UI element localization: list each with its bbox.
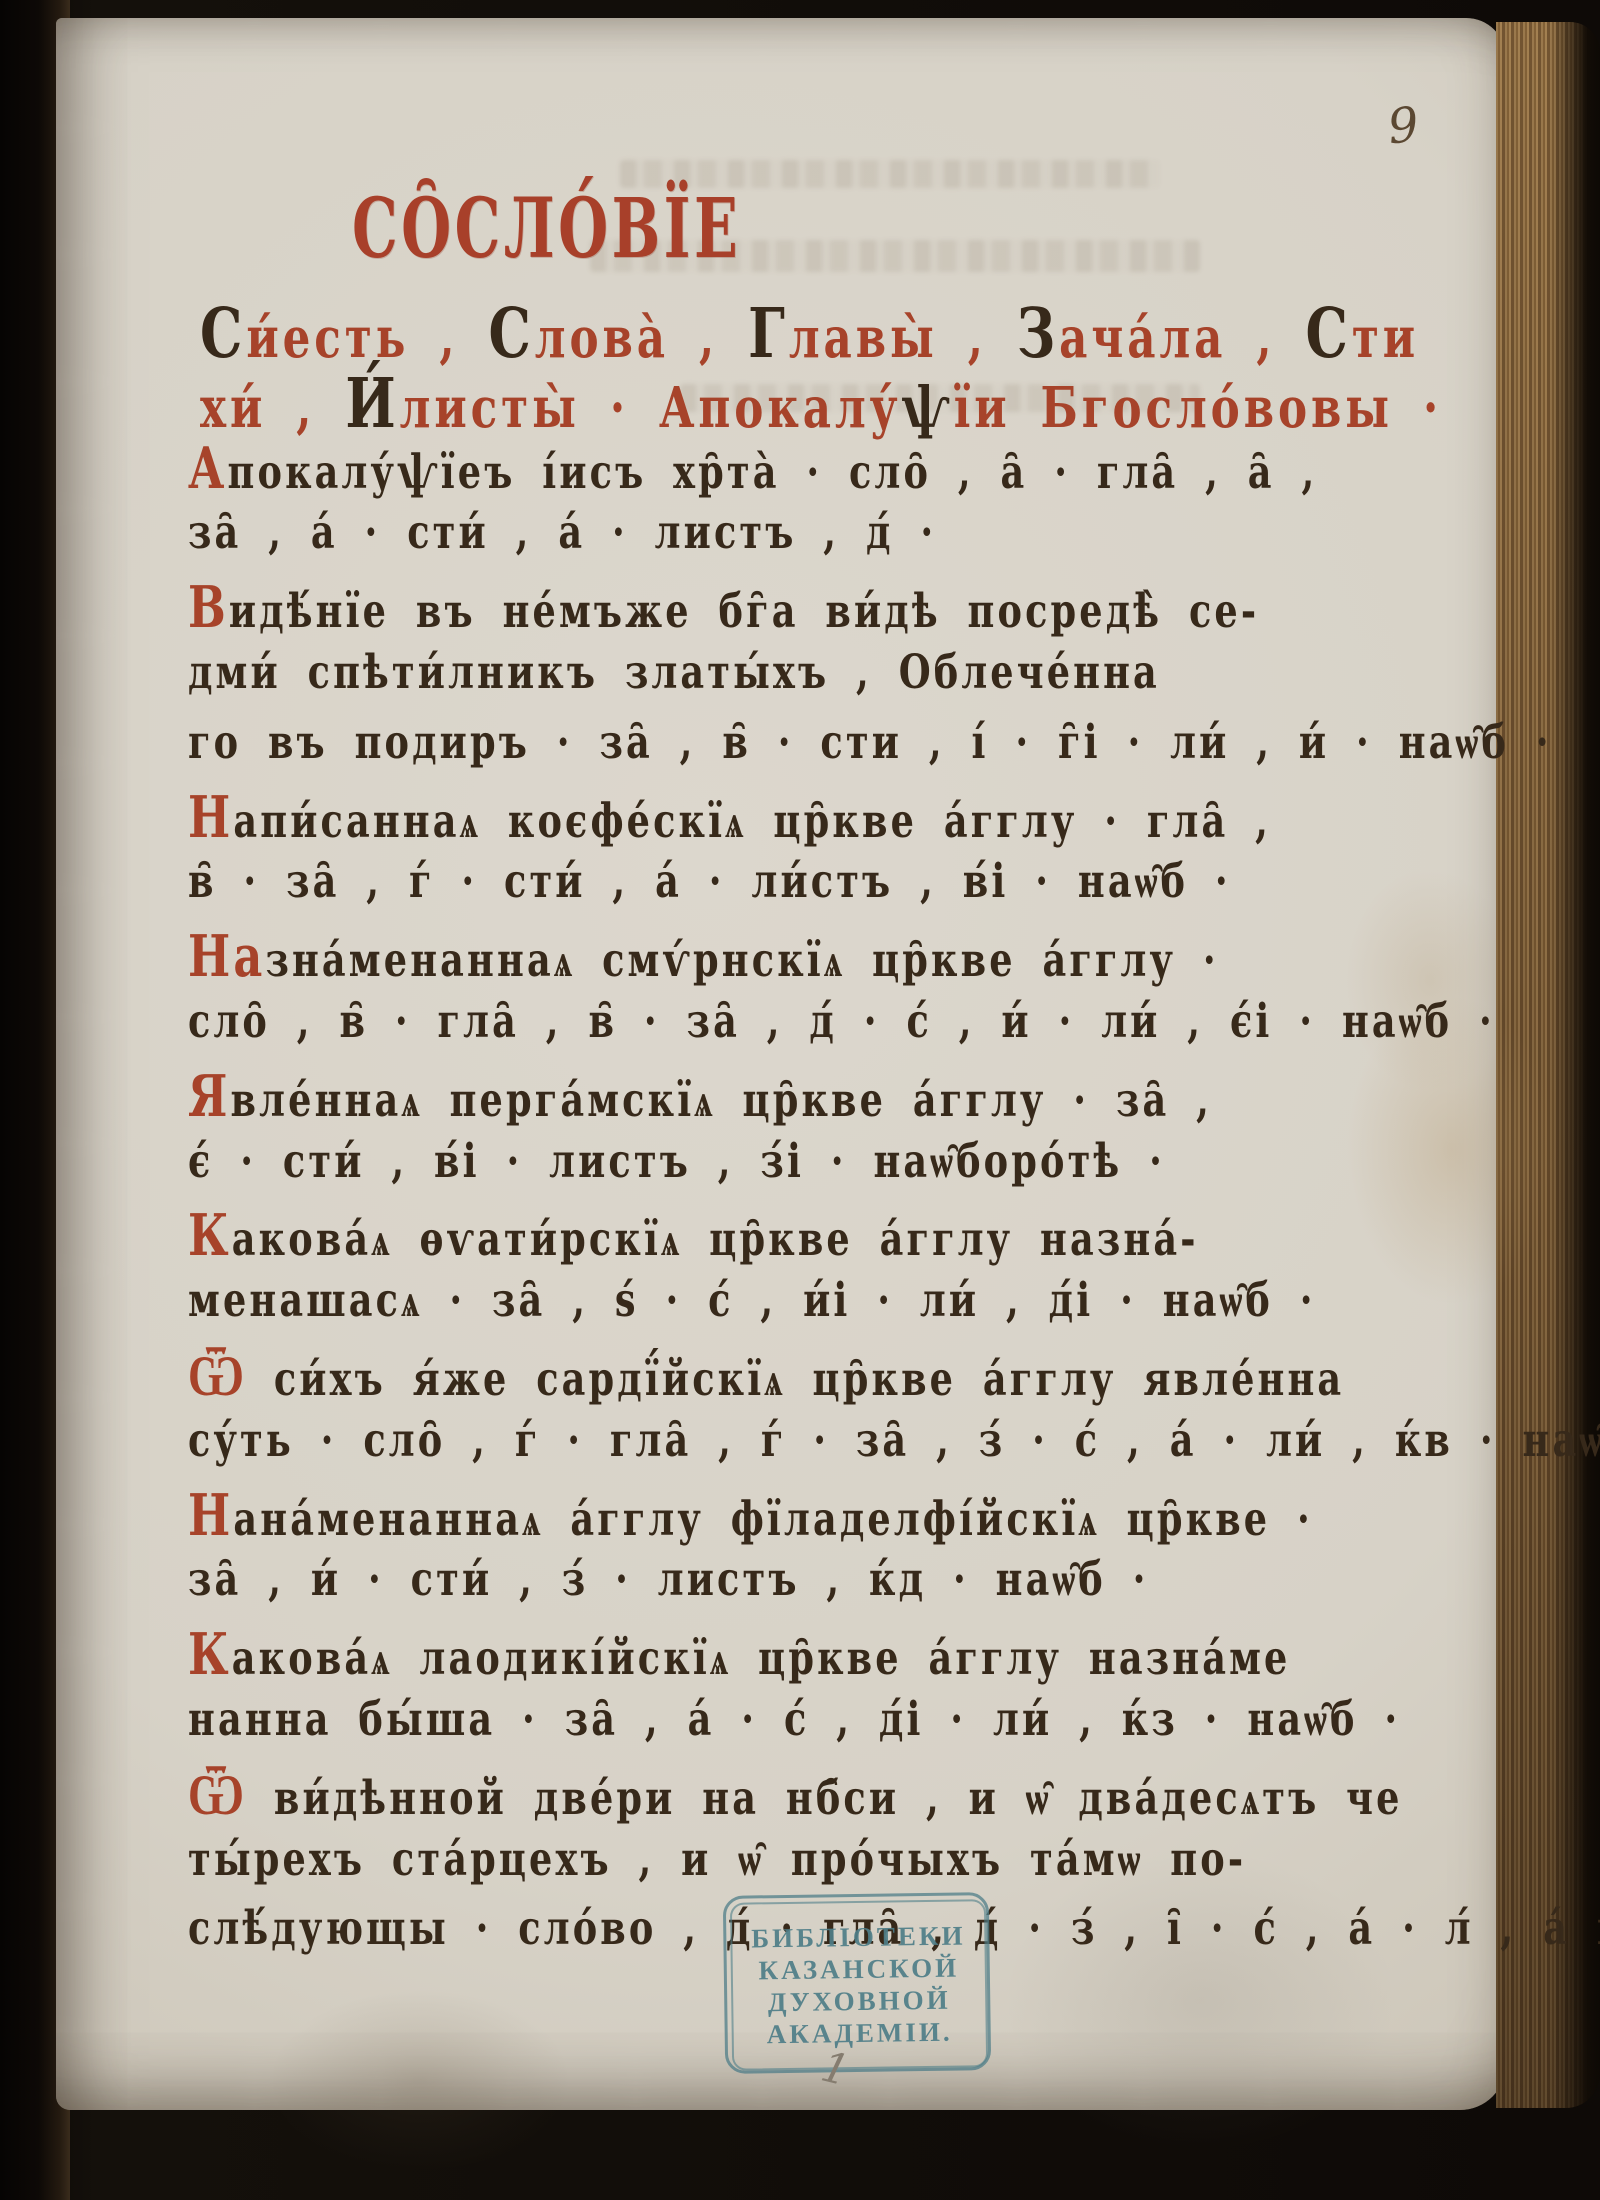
black-ink-text: Г [748, 294, 789, 374]
black-ink-text: апи́саннаѧ коєфе́скїѧ цр̑кве а́гглу · гл… [233, 794, 1271, 849]
manuscript-line: Нана́менаннаѧ а́гглу фїладелфі́йскїѧ цр̑… [188, 1487, 1313, 1544]
red-ink-text: лова̀ , [535, 305, 748, 371]
black-ink-text: ѱ [902, 375, 954, 441]
red-ink-text: їи Бгосло́вовы · [954, 375, 1442, 441]
page-title: СО̑СЛО́ВЇЕ [352, 188, 741, 270]
manuscript-line: за̑ , и́ · сти́ , з́ · листъ , ќд · наѡ̑… [188, 1556, 1149, 1603]
black-ink-text: З [1017, 294, 1059, 374]
black-ink-text: є́ · сти́ , в́і · листъ , з́і · наѡ̑боро… [188, 1134, 1165, 1189]
red-ink-text: Ѿ [188, 1341, 247, 1409]
manuscript-line: Назна́менаннаѧ смѵ́рнскїѧ цр̑кве а́гглу … [188, 928, 1219, 985]
stamp-text-line: КАЗАНСКОЙ [733, 1952, 985, 1987]
black-ink-text: менашасѧ · за̑ , ѕ́ · с́ , и́і · ли́ , д… [188, 1273, 1316, 1328]
black-ink-text: идѣ́нїе въ не́мъже бг̑а ви́дѣ посредѣ̀ с… [229, 584, 1259, 639]
black-ink-text: И́ [345, 364, 399, 444]
red-ink-text: ача́ла , [1059, 305, 1305, 371]
red-ink-text: К [188, 1201, 232, 1269]
black-ink-text: нанна бы́ша · за̑ , а́ · с́ , д́і · ли́ … [188, 1692, 1400, 1747]
photo-of-manuscript-page: 9 СО̑СЛО́ВЇЕ Си́есть , Слова̀ , Главы̀ ,… [0, 0, 1600, 2200]
red-ink-text: В [188, 573, 229, 641]
manuscript-line: є́ · сти́ , в́і · листъ , з́і · наѡ̑боро… [188, 1138, 1165, 1185]
red-ink-text: Ѿ [188, 1760, 247, 1828]
black-ink-text: акова́ѧ ѳѵати́рскїѧ цр̑кве а́гглу назна́… [232, 1212, 1199, 1267]
library-stamp: БИБЛІОТЕКИ КАЗАНСКОЙ ДУХОВНОЙ АКАДЕМІИ. [723, 1892, 991, 2074]
manuscript-line: дми́ спѣти́лникъ златы́хъ , Облече́нна [188, 649, 1160, 696]
red-ink-text: листы̀ · Апокалу́ [400, 375, 902, 441]
black-ink-text: го въ подиръ · за̑ , в̑ · сти , і́ · г̑і… [188, 715, 1552, 770]
black-ink-text: ви́дѣнной две́ри на нб̑си , и ѡ̑ два́дес… [247, 1771, 1403, 1826]
black-ink-text: С [488, 294, 534, 374]
page-fore-edge [1496, 22, 1600, 2108]
manuscript-line: хи́ , И́листы̀ · Апокалу́ѱїи Бгосло́вовы… [200, 370, 1442, 438]
black-ink-text: ты́рехъ ста́рцехъ , и ѡ̑ про́чыхъ та́мѡ … [188, 1832, 1246, 1887]
stamp-text-line: АКАДЕМІИ. [733, 2016, 985, 2051]
stamp-text-line: БИБЛІОТЕКИ [732, 1920, 984, 1955]
folio-number: 9 [1385, 97, 1421, 156]
black-ink-text: си́хъ я́же сардї́йскїѧ цр̑кве а́гглу явл… [247, 1352, 1344, 1407]
black-ink-text: покалу́ѱїеъ і́исъ хр̑та̀ · сло̑ , а̑ · г… [228, 445, 1318, 500]
manuscript-line: Какова́ѧ лаодикі́йскїѧ цр̑кве а́гглу наз… [188, 1626, 1291, 1683]
black-ink-text: сло̑ , в̑ · гла̑ , в̑ · за̑ , д́ · с́ , … [188, 994, 1495, 1049]
red-ink-text: На [188, 922, 265, 990]
red-ink-text: А [188, 434, 228, 502]
black-ink-text: С [200, 294, 246, 374]
manuscript-line: сло̑ , в̑ · гла̑ , в̑ · за̑ , д́ · с́ , … [188, 998, 1495, 1045]
manuscript-line: Напи́саннаѧ коєфе́скїѧ цр̑кве а́гглу · г… [188, 789, 1271, 846]
red-ink-text: и́есть , [246, 305, 488, 371]
red-ink-text: Н [188, 1481, 233, 1549]
black-ink-text: С [1306, 294, 1352, 374]
black-ink-text: дми́ спѣти́лникъ златы́хъ , Облече́нна [188, 645, 1160, 700]
black-ink-text: су́ть · сло̑ , ѓ · гла̑ , ѓ · за̑ , з́ ·… [188, 1413, 1600, 1468]
manuscript-line: нанна бы́ша · за̑ , а́ · с́ , д́і · ли́ … [188, 1696, 1400, 1743]
stamp-border: БИБЛІОТЕКИ КАЗАНСКОЙ ДУХОВНОЙ АКАДЕМІИ. [730, 1899, 988, 2071]
manuscript-line: го въ подиръ · за̑ , в̑ · сти , і́ · г̑і… [188, 719, 1552, 766]
black-ink-text: ана́менаннаѧ а́гглу фїладелфі́йскїѧ цр̑к… [233, 1492, 1313, 1547]
red-ink-text: лавы̀ , [789, 305, 1017, 371]
manuscript-line: Апокалу́ѱїеъ і́исъ хр̑та̀ · сло̑ , а̑ · … [188, 440, 1317, 497]
red-ink-text: ти [1352, 305, 1419, 371]
manuscript-line: Ѿ ви́дѣнной две́ри на нб̑си , и ѡ̑ два́д… [188, 1766, 1403, 1823]
manuscript-line: в̑ · за̑ , ѓ · сти́ , а́ · ли́стъ , в́і … [188, 858, 1231, 905]
black-ink-text: в̑ · за̑ , ѓ · сти́ , а́ · ли́стъ , в́і … [188, 854, 1231, 909]
stamp-text-line: ДУХОВНОЙ [733, 1984, 985, 2019]
manuscript-line: су́ть · сло̑ , ѓ · гла̑ , ѓ · за̑ , з́ ·… [188, 1417, 1600, 1464]
manuscript-line: за̑ , а́ · сти́ , а́ · листъ , д́ · [188, 509, 936, 556]
red-ink-text: Я [188, 1062, 231, 1130]
manuscript-line: Видѣ́нїе въ не́мъже бг̑а ви́дѣ посредѣ̀ … [188, 579, 1259, 636]
red-ink-text: хи́ , [200, 375, 345, 441]
red-ink-text: К [188, 1620, 232, 1688]
manuscript-line: Какова́ѧ ѳѵати́рскїѧ цр̑кве а́гглу назна… [188, 1207, 1199, 1264]
black-ink-text: за̑ , а́ · сти́ , а́ · листъ , д́ · [188, 505, 936, 560]
black-ink-text: за̑ , и́ · сти́ , з́ · листъ , ќд · наѡ̑… [188, 1552, 1149, 1607]
manuscript-line: Ѿ си́хъ я́же сардї́йскїѧ цр̑кве а́гглу я… [188, 1347, 1344, 1404]
manuscript-line: Си́есть , Слова̀ , Главы̀ , Зача́ла , Ст… [200, 300, 1419, 368]
black-ink-text: зна́менаннаѧ смѵ́рнскїѧ цр̑кве а́гглу · [265, 933, 1218, 988]
manuscript-line: ты́рехъ ста́рцехъ , и ѡ̑ про́чыхъ та́мѡ … [188, 1836, 1246, 1883]
red-ink-text: Н [188, 783, 233, 851]
black-ink-text: вле́ннаѧ перга́мскїѧ цр̑кве а́гглу · за̑… [231, 1073, 1213, 1128]
black-ink-text: акова́ѧ лаодикі́йскїѧ цр̑кве а́гглу назн… [232, 1631, 1291, 1686]
manuscript-line: Явле́ннаѧ перга́мскїѧ цр̑кве а́гглу · за… [188, 1068, 1212, 1125]
manuscript-line: менашасѧ · за̑ , ѕ́ · с́ , и́і · ли́ , д… [188, 1277, 1316, 1324]
